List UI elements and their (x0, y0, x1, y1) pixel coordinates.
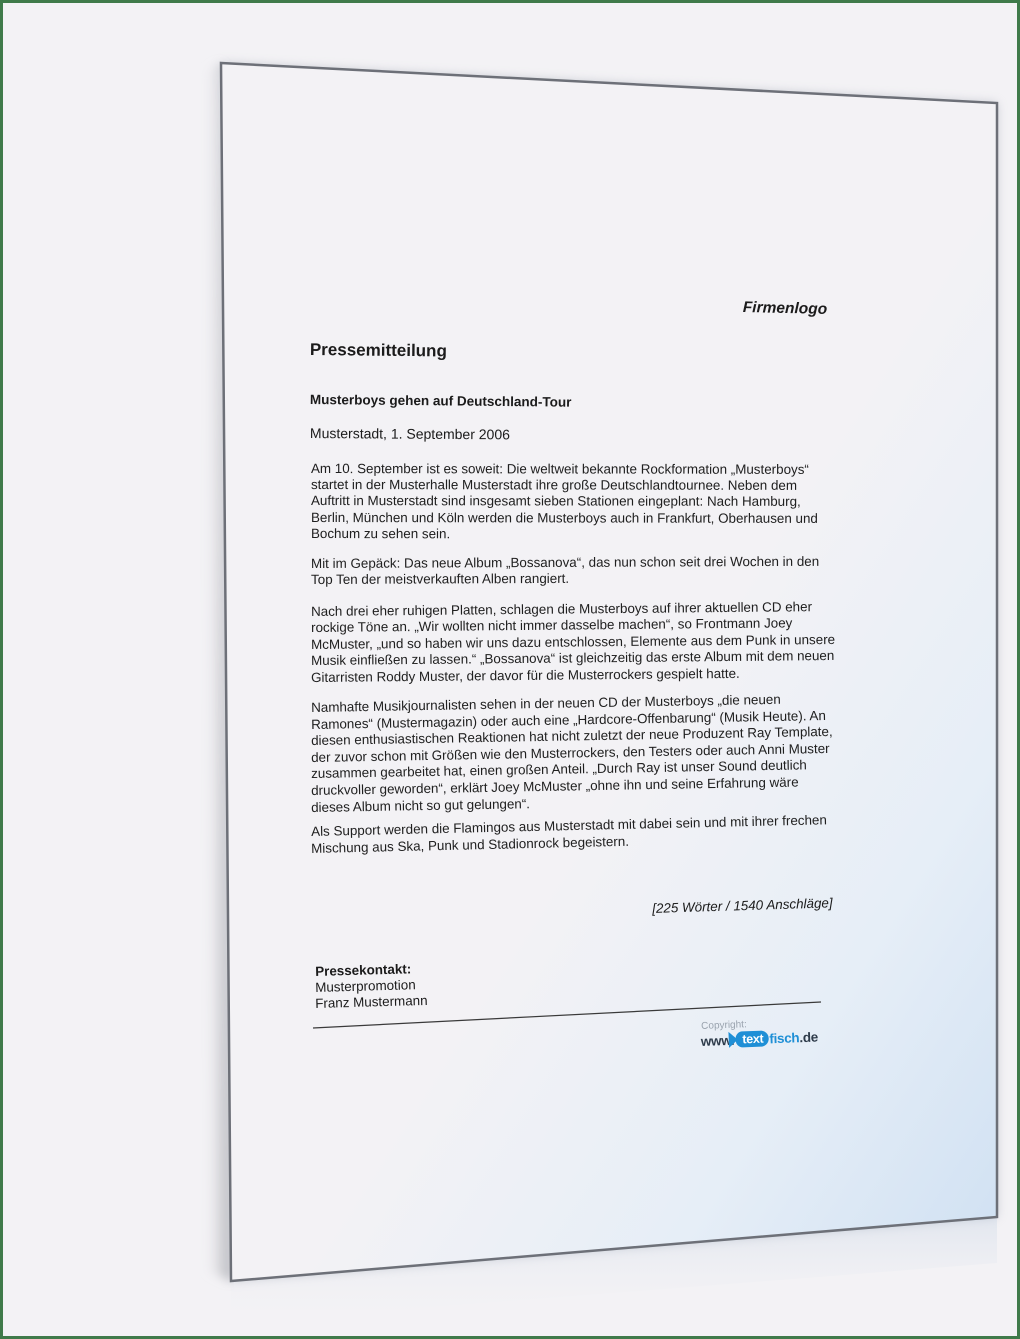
page-title: Pressemitteilung (310, 340, 447, 361)
copyright-badge: Copyright: www. text fisch .de (700, 1017, 818, 1049)
contact-label: Pressekontakt: (315, 961, 411, 979)
logo-text: text (742, 1032, 764, 1047)
fish-icon: text (735, 1030, 769, 1047)
dateline: Musterstadt, 1. September 2006 (310, 425, 510, 442)
company-logo-placeholder: Firmenlogo (743, 299, 828, 319)
logo-tld: .de (799, 1029, 818, 1045)
paragraph-line: Bochum zu sehen sein. (311, 526, 450, 541)
paragraph-line: Mit im Gepäck: Das neue Album „Bossanova… (311, 554, 819, 571)
logo-fisch: fisch (769, 1030, 800, 1046)
contact-company: Musterpromotion (315, 977, 416, 995)
press-headline: Musterboys gehen auf Deutschland-Tour (310, 392, 572, 410)
contact-person: Franz Mustermann (315, 993, 428, 1011)
paragraph-line: Top Ten der meistverkauften Alben rangie… (311, 571, 569, 587)
paragraph-line: startet in der Musterhalle Musterstadt i… (311, 477, 797, 493)
document-preview: Firmenlogo Pressemitteilung Musterboys g… (3, 3, 1020, 1339)
paragraph-line: Berlin, München und Köln werden die Must… (311, 510, 818, 526)
paragraph-line: Am 10. September ist es soweit: Die welt… (311, 461, 809, 477)
paragraph-line: Auftritt in Musterstadt sind insgesamt s… (311, 493, 801, 509)
